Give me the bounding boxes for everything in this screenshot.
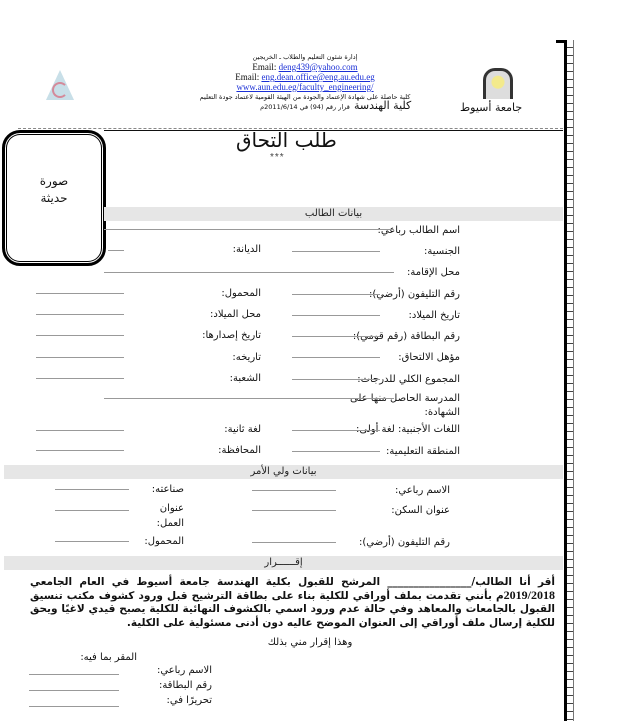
department-name: إدارة شئون التعليم والطلاب ـ الخريجين <box>190 52 420 62</box>
field-phone-land[interactable] <box>292 294 380 295</box>
email-line-2: Email: eng.dean.office@eng.au.edu.eg <box>190 72 420 82</box>
field-guardian-phone[interactable] <box>252 542 336 543</box>
label-declarant: المقر بما فيه: <box>80 652 137 663</box>
title-stars: *** <box>270 152 285 163</box>
label-phone-land: رقم التليفون (أرضي): <box>369 289 460 300</box>
field-total-grades[interactable] <box>292 379 380 380</box>
field-second-language[interactable] <box>36 430 124 431</box>
label-birth-date: تاريخ الميلاد: <box>409 310 461 321</box>
label-birth-place: محل الميلاد: <box>210 309 261 320</box>
field-qualification[interactable] <box>292 357 380 358</box>
faculty-logo-ring-icon <box>52 82 68 98</box>
field-sign-id[interactable] <box>29 690 119 691</box>
section-header-student: بيانات الطالب <box>104 207 563 221</box>
field-qualification-date[interactable] <box>36 357 124 358</box>
label-qualification: مؤهل الالتحاق: <box>398 352 460 363</box>
field-division[interactable] <box>36 378 124 379</box>
field-student-name[interactable] <box>104 229 394 230</box>
label-religion: الديانة: <box>233 244 261 255</box>
page-title: طلب التحاق <box>236 128 337 152</box>
photo-label-1: صورة <box>5 173 103 190</box>
label-edu-zone: المنطقة التعليمية: <box>386 446 460 457</box>
label-sign-date: تحريرًا في: <box>167 695 213 706</box>
field-sign-date[interactable] <box>29 706 119 707</box>
website-link[interactable]: www.aun.edu.eg/faculty_engineering/ <box>236 82 373 92</box>
field-governorate[interactable] <box>36 450 124 451</box>
field-national-id[interactable] <box>292 336 380 337</box>
label-guardian-occupation: صناعته: <box>152 484 184 495</box>
field-birth-place[interactable] <box>36 314 124 315</box>
label-school-line2: الشهادة: <box>425 407 460 418</box>
field-residence[interactable] <box>104 272 394 273</box>
academic-year: 2019/2018 <box>504 588 555 602</box>
label-issue-date: تاريخ إصدارها: <box>202 330 261 341</box>
email-line-1: Email: deng439@yahoo.com <box>190 62 420 72</box>
label-student-name: اسم الطالب رباعي: <box>378 225 460 236</box>
label-guardian-work-1: عنوان <box>160 503 184 514</box>
label-division: الشعبة: <box>230 373 261 384</box>
label-mobile: المحمول: <box>221 288 261 299</box>
photo-placeholder[interactable]: صورة حديثة <box>2 130 106 266</box>
label-governorate: المحافظة: <box>218 445 261 456</box>
field-nationality[interactable] <box>292 251 380 252</box>
section-header-declaration: إقــــــرار <box>4 556 563 570</box>
field-school[interactable] <box>104 398 394 399</box>
label-guardian-home: عنوان السكن: <box>391 505 450 516</box>
section-header-guardian: بيانات ولي الأمر <box>4 465 563 479</box>
university-logo-icon <box>483 68 513 99</box>
label-guardian-phone: رقم التليفون (أرضي): <box>359 537 450 548</box>
label-residence: محل الإقامة: <box>407 267 460 278</box>
label-guardian-mobile: المحمول: <box>144 536 184 547</box>
field-guardian-name[interactable] <box>252 490 336 491</box>
field-religion[interactable] <box>108 250 124 251</box>
faculty-name: كلية الهندسة <box>354 99 411 112</box>
field-mobile[interactable] <box>36 293 124 294</box>
field-guardian-work[interactable] <box>55 510 129 511</box>
field-edu-zone[interactable] <box>292 451 380 452</box>
field-birth-date[interactable] <box>292 315 380 316</box>
email-link-2[interactable]: eng.dean.office@eng.au.edu.eg <box>261 72 374 82</box>
label-guardian-name: الاسم رباعي: <box>395 485 450 496</box>
declaration-name-blank[interactable]: ________________ <box>387 576 471 588</box>
page-border-ruler <box>564 40 574 721</box>
field-sign-name[interactable] <box>29 674 119 675</box>
field-issue-date[interactable] <box>36 335 124 336</box>
university-name: جامعة أسيوط <box>460 101 522 114</box>
field-first-language[interactable] <box>292 430 380 431</box>
field-guardian-home[interactable] <box>252 510 336 511</box>
field-guardian-mobile[interactable] <box>55 541 129 542</box>
label-guardian-work-2: العمل: <box>157 518 184 529</box>
email-link-1[interactable]: deng439@yahoo.com <box>279 62 358 72</box>
label-sign-id: رقم البطاقة: <box>159 680 212 691</box>
photo-label-2: حديثة <box>5 190 103 207</box>
label-sign-name: الاسم رباعي: <box>157 665 212 676</box>
label-nationality: الجنسية: <box>424 246 460 257</box>
label-qualification-date: تاريخه: <box>232 352 261 363</box>
declaration-text: أقر أنا الطالب/________________ المرشح ل… <box>30 576 555 630</box>
field-guardian-occupation[interactable] <box>55 489 129 490</box>
declaration-closing: وهذا إقرار مني بذلك <box>210 637 410 648</box>
label-second-language: لغة ثانية: <box>224 424 261 435</box>
